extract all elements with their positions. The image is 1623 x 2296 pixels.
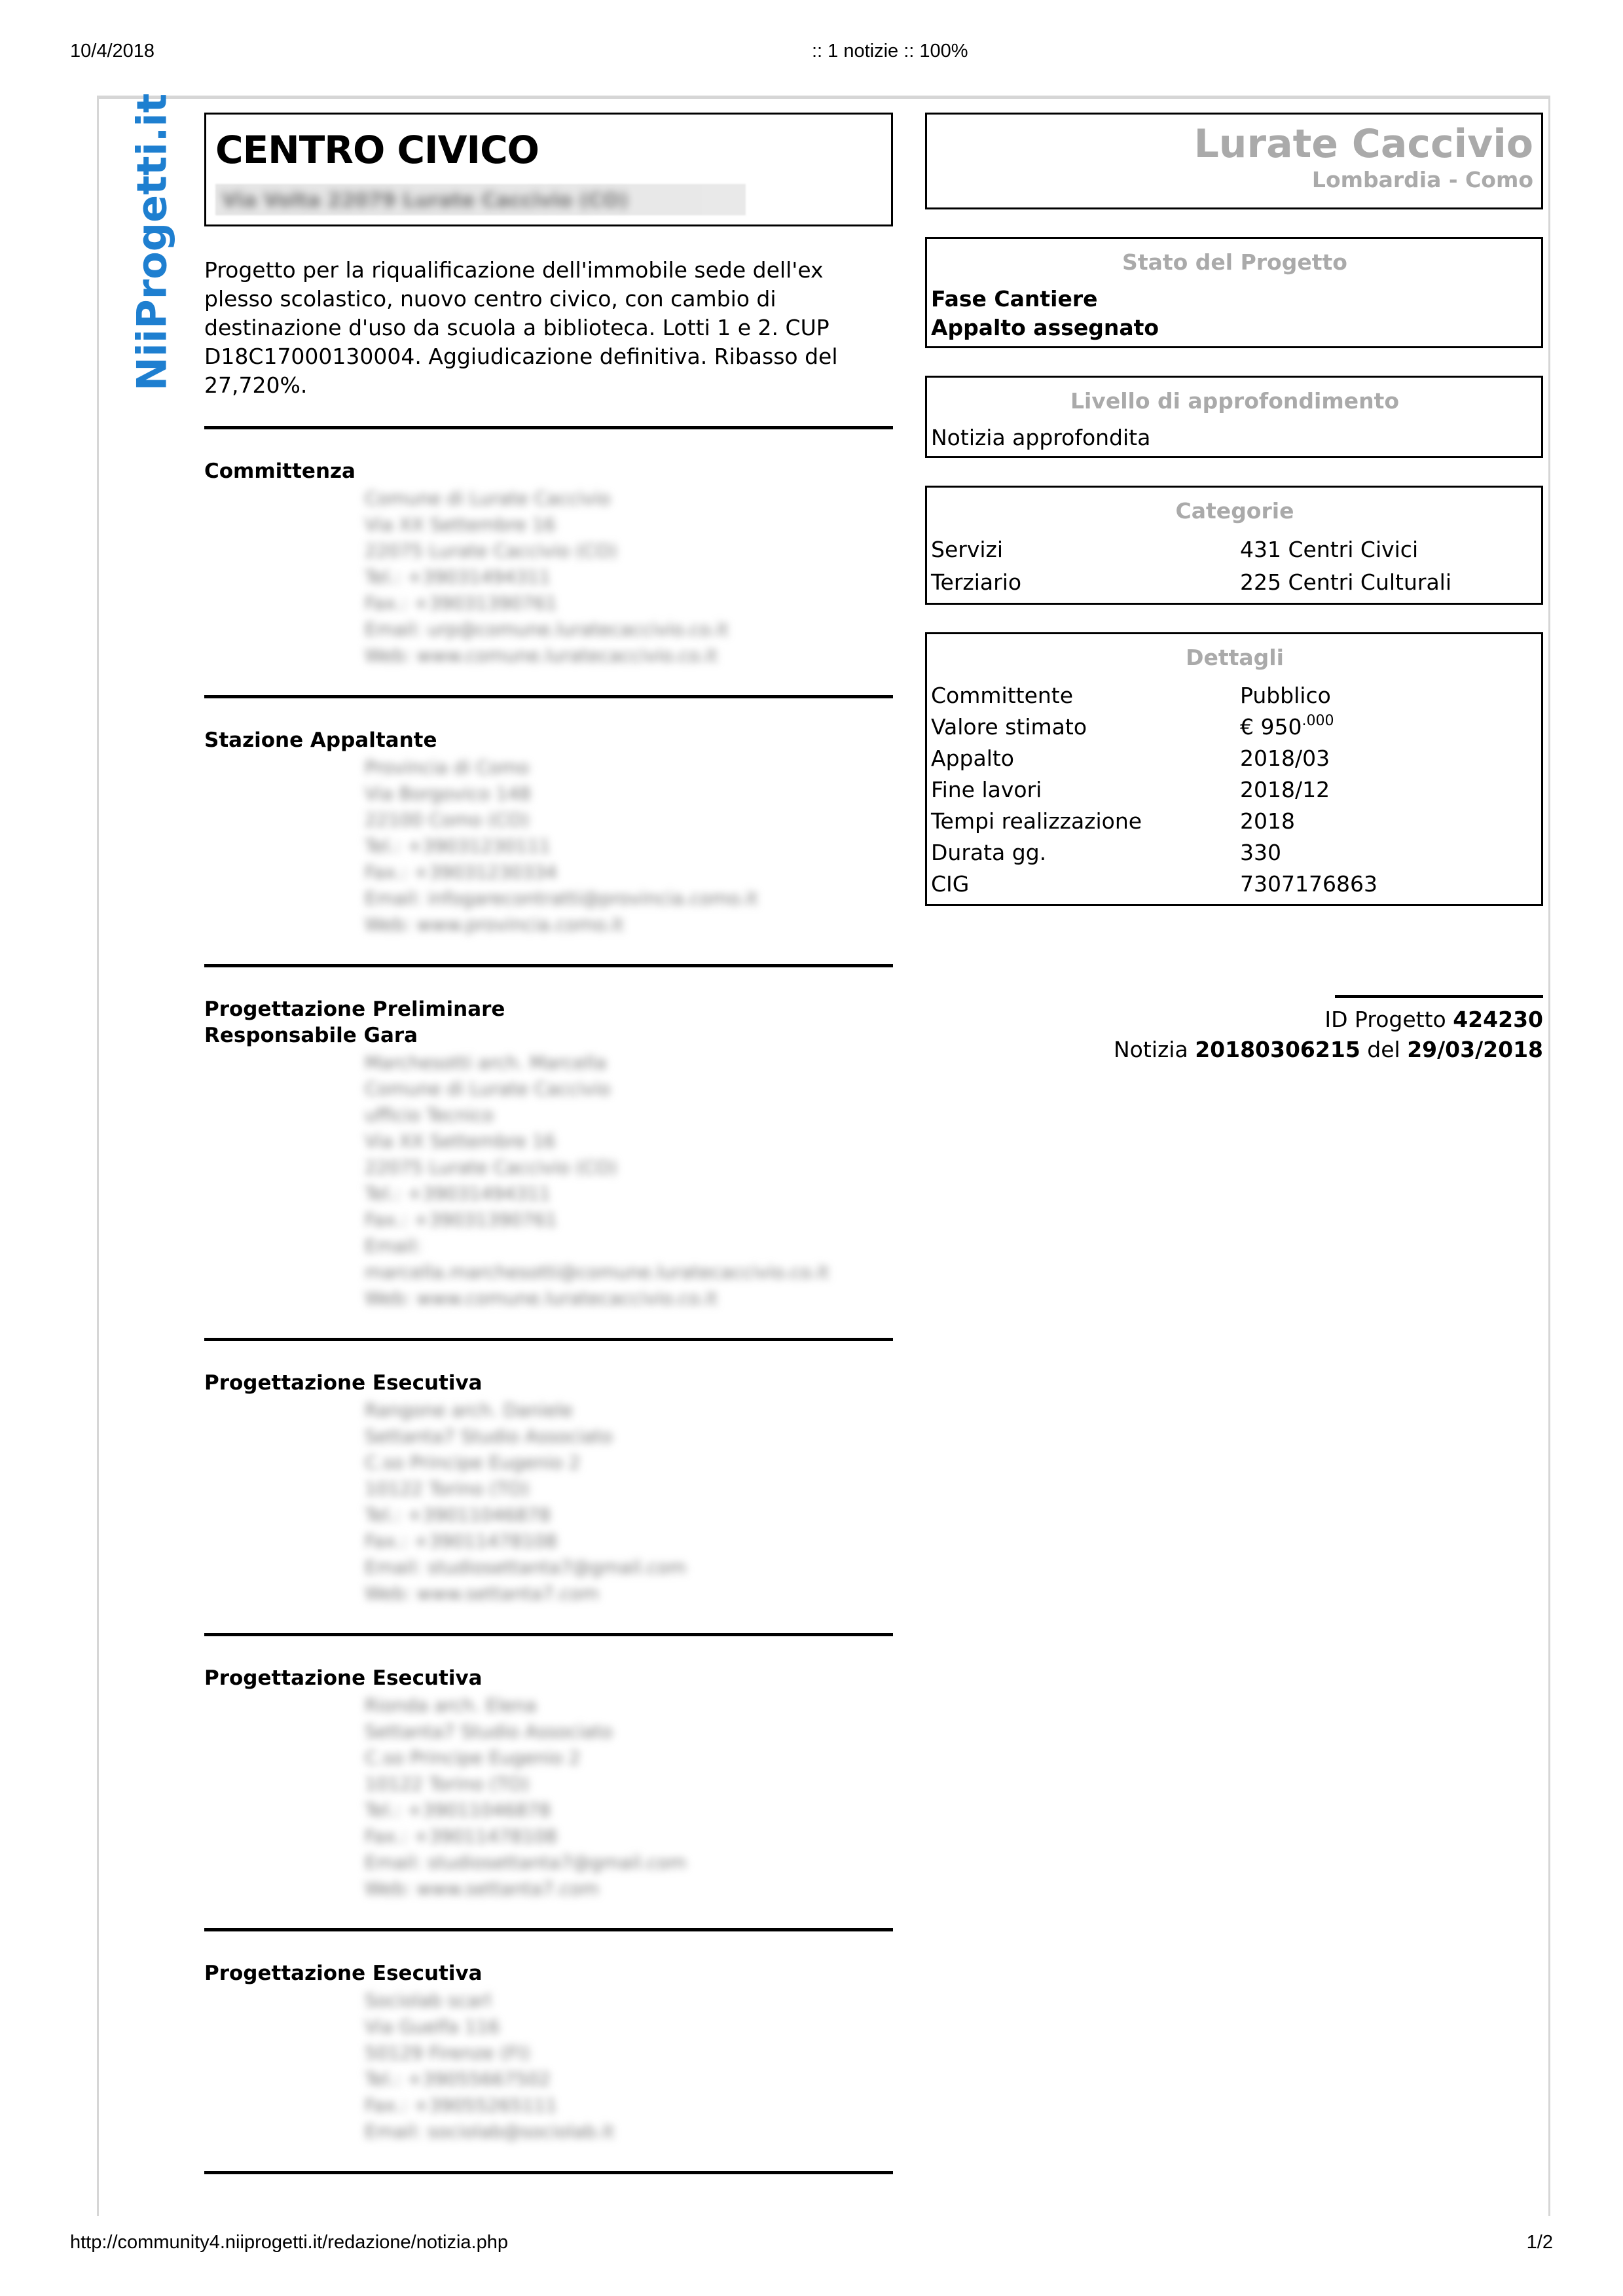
- project-address: Via Volta 22079 Lurate Caccivio (CO): [222, 189, 629, 212]
- detail-row: Valore stimato€ 950.000: [931, 711, 1539, 743]
- detail-row: Appalto2018/03: [931, 743, 1539, 774]
- detail-row: Fine lavori2018/12: [931, 774, 1539, 806]
- status-value: Appalto assegnato: [931, 314, 1539, 342]
- detail-key: Valore stimato: [931, 711, 1240, 743]
- contact-line: Fax.: +39031230334: [365, 859, 893, 886]
- detail-value-text: 2018/03: [1240, 745, 1330, 771]
- contact-line: Tel.: +39011046878: [365, 1797, 893, 1823]
- detail-value: 7307176863: [1240, 869, 1539, 900]
- contact-section: Progettazione PreliminareResponsabile Ga…: [204, 964, 893, 1312]
- project-status-box: Stato del Progetto Fase Cantiere Appalto…: [925, 237, 1543, 348]
- print-title: :: 1 notizie :: 100%: [812, 41, 968, 62]
- detail-value-text: 2018: [1240, 808, 1295, 834]
- contact-details-redacted: Sociolab scarlVia Guelfa 11650129 Firenz…: [365, 1988, 893, 2145]
- contact-details-redacted: Rangone arch. DanieleSettanta7 Studio As…: [365, 1397, 893, 1607]
- contact-line: Settanta7 Studio Associato: [365, 1424, 893, 1450]
- detail-value-text: € 950: [1240, 714, 1302, 740]
- contact-line: Via XX Settembre 16: [365, 512, 893, 538]
- contact-line: Email: studiosettanta7@gmail.com: [365, 1554, 893, 1581]
- contact-line: 22100 Como (CO): [365, 807, 893, 833]
- detail-level-value: Notizia approfondita: [931, 423, 1539, 452]
- location-region: Lombardia - Como: [927, 166, 1533, 194]
- contact-line: 10122 Torino (TO): [365, 1476, 893, 1502]
- detail-value-text: 7307176863: [1240, 871, 1377, 897]
- project-id-value: 424230: [1453, 1007, 1543, 1032]
- category-row: Terziario225 Centri Culturali: [931, 566, 1539, 599]
- contact-role: Progettazione Esecutiva: [204, 1960, 893, 1986]
- detail-row: Durata gg.330: [931, 837, 1539, 869]
- contact-role: Progettazione Esecutiva: [204, 1665, 893, 1691]
- contact-line: Email:: [365, 1233, 893, 1259]
- details-title: Dettagli: [931, 643, 1539, 672]
- categories-title: Categorie: [931, 497, 1539, 526]
- detail-value-text: Pubblico: [1240, 683, 1331, 708]
- contact-line: Email: studiosettanta7@gmail.com: [365, 1850, 893, 1876]
- contact-line: Provincia di Como: [365, 755, 893, 781]
- contact-line: Web: www.provincia.como.it: [365, 912, 893, 938]
- detail-key: Committente: [931, 680, 1240, 711]
- detail-value-decimals: .000: [1302, 713, 1334, 729]
- status-box-title: Stato del Progetto: [931, 248, 1539, 277]
- contact-line: 10122 Torino (TO): [365, 1771, 893, 1797]
- page-url: http://community4.niiprogetti.it/redazio…: [70, 2232, 508, 2253]
- contact-line: Fax.: +39055265111: [365, 2092, 893, 2119]
- detail-key: Appalto: [931, 743, 1240, 774]
- print-footer: http://community4.niiprogetti.it/redazio…: [0, 2232, 1623, 2258]
- contact-role-secondary: Responsabile Gara: [204, 1022, 893, 1049]
- divider: [204, 2171, 893, 2174]
- contact-line: Sociolab scarl: [365, 1988, 893, 2014]
- contact-details-redacted: Rionda arch. ElenaSettanta7 Studio Assoc…: [365, 1693, 893, 1902]
- contact-details-redacted: Marchesotti arch. MarcellaComune di Lura…: [365, 1050, 893, 1312]
- categories-box: Categorie Servizi431 Centri CiviciTerzia…: [925, 486, 1543, 605]
- detail-key: CIG: [931, 869, 1240, 900]
- category-value: 225 Centri Culturali: [1240, 566, 1539, 599]
- contact-line: Via Borgovico 148: [365, 781, 893, 807]
- contact-line: Settanta7 Studio Associato: [365, 1719, 893, 1745]
- project-id-line: ID Progetto 424230: [1114, 1005, 1543, 1035]
- location-city: Lurate Caccivio: [927, 122, 1533, 166]
- category-sector: Terziario: [931, 566, 1240, 599]
- contact-role: Progettazione Preliminare: [204, 996, 893, 1022]
- category-sector: Servizi: [931, 533, 1240, 566]
- notizia-line: Notizia 20180306215 del 29/03/2018: [1114, 1035, 1543, 1065]
- contact-details-redacted: Provincia di ComoVia Borgovico 14822100 …: [365, 755, 893, 938]
- detail-value: 2018/03: [1240, 743, 1539, 774]
- left-column: CENTRO CIVICO Via Volta 22079 Lurate Cac…: [204, 113, 893, 2174]
- detail-row: CIG7307176863: [931, 869, 1539, 900]
- contact-line: C.so Principe Eugenio 2: [365, 1450, 893, 1476]
- detail-key: Durata gg.: [931, 837, 1240, 869]
- detail-value-text: 2018/12: [1240, 777, 1330, 802]
- contact-line: Via XX Settembre 16: [365, 1128, 893, 1155]
- print-header: 10/4/2018 :: 1 notizie :: 100%: [0, 41, 1623, 67]
- contact-line: Fax.: +39031390761: [365, 590, 893, 617]
- details-rows: CommittentePubblicoValore stimato€ 950.0…: [931, 680, 1539, 900]
- contact-line: Tel.: +39031494311: [365, 1181, 893, 1207]
- contacts-list: CommittenzaComune di Lurate CaccivioVia …: [204, 426, 893, 2145]
- detail-key: Tempi realizzazione: [931, 806, 1240, 837]
- notizia-value: 20180306215: [1195, 1037, 1360, 1062]
- project-address-redacted: Via Volta 22079 Lurate Caccivio (CO): [215, 184, 746, 215]
- contact-line: Comune di Lurate Caccivio: [365, 1076, 893, 1102]
- contact-line: Fax.: +39011478108: [365, 1823, 893, 1850]
- contact-line: Email: infogarecontratti@provincia.como.…: [365, 886, 893, 912]
- detail-value: 330: [1240, 837, 1539, 869]
- detail-value: 2018/12: [1240, 774, 1539, 806]
- contact-section: Progettazione EsecutivaRionda arch. Elen…: [204, 1633, 893, 1902]
- contact-role: Stazione Appaltante: [204, 727, 893, 753]
- contact-line: Rangone arch. Daniele: [365, 1397, 893, 1424]
- detail-value: 2018: [1240, 806, 1539, 837]
- divider: [1335, 995, 1543, 998]
- contact-details-redacted: Comune di Lurate CaccivioVia XX Settembr…: [365, 486, 893, 669]
- logo-text: NiiProgetti.it: [128, 94, 176, 391]
- status-phase: Fase Cantiere: [931, 285, 1539, 314]
- contact-role: Committenza: [204, 458, 893, 484]
- contact-line: Web: www.settanta7.com: [365, 1581, 893, 1607]
- detail-row: Tempi realizzazione2018: [931, 806, 1539, 837]
- contact-line: Comune di Lurate Caccivio: [365, 486, 893, 512]
- del-label: del: [1367, 1037, 1400, 1062]
- contact-line: ufficio Tecnico: [365, 1102, 893, 1128]
- detail-level-box: Livello di approfondimento Notizia appro…: [925, 376, 1543, 458]
- contact-line: Rionda arch. Elena: [365, 1693, 893, 1719]
- detail-value: € 950.000: [1240, 711, 1539, 743]
- contact-line: Marchesotti arch. Marcella: [365, 1050, 893, 1076]
- contact-line: Web: www.comune.luratecaccivio.co.it: [365, 1285, 893, 1312]
- project-title-box: CENTRO CIVICO Via Volta 22079 Lurate Cac…: [204, 113, 893, 226]
- contact-line: Tel.: +39031230111: [365, 833, 893, 859]
- print-date: 10/4/2018: [70, 41, 155, 62]
- detail-level-title: Livello di approfondimento: [931, 387, 1539, 416]
- project-title: CENTRO CIVICO: [215, 124, 882, 176]
- category-value: 431 Centri Civici: [1240, 533, 1539, 566]
- detail-value-text: 330: [1240, 840, 1281, 865]
- contact-line: Email: sociolab@sociolab.it: [365, 2119, 893, 2145]
- niiprogetti-logo: NiiProgetti.it: [129, 118, 175, 367]
- contact-section: Progettazione EsecutivaSociolab scarlVia…: [204, 1928, 893, 2145]
- notizia-label: Notizia: [1114, 1037, 1188, 1062]
- contact-line: Tel.: +39055667502: [365, 2066, 893, 2092]
- contact-line: Tel.: +39031494311: [365, 564, 893, 590]
- contact-line: 50129 Firenze (FI): [365, 2040, 893, 2066]
- contact-line: Via Guelfa 116: [365, 2014, 893, 2040]
- category-row: Servizi431 Centri Civici: [931, 533, 1539, 566]
- detail-key: Fine lavori: [931, 774, 1240, 806]
- contact-section: Stazione AppaltanteProvincia di ComoVia …: [204, 695, 893, 938]
- project-id-label: ID Progetto: [1324, 1007, 1446, 1032]
- right-column: Lurate Caccivio Lombardia - Como Stato d…: [925, 113, 1543, 906]
- contact-line: 22075 Lurate Caccivio (CO): [365, 538, 893, 564]
- project-identifiers: ID Progetto 424230 Notizia 20180306215 d…: [1114, 995, 1543, 1065]
- contact-line: Tel.: +39011046878: [365, 1502, 893, 1528]
- location-box: Lurate Caccivio Lombardia - Como: [925, 113, 1543, 209]
- detail-value: Pubblico: [1240, 680, 1539, 711]
- contact-line: marcella.marchesotti@comune.luratecacciv…: [365, 1259, 893, 1285]
- contact-section: CommittenzaComune di Lurate CaccivioVia …: [204, 426, 893, 669]
- contact-section: Progettazione EsecutivaRangone arch. Dan…: [204, 1338, 893, 1607]
- contact-line: Fax.: +39011478108: [365, 1528, 893, 1554]
- notizia-date: 29/03/2018: [1407, 1037, 1543, 1062]
- detail-row: CommittentePubblico: [931, 680, 1539, 711]
- contact-line: Fax.: +39031390761: [365, 1207, 893, 1233]
- details-box: Dettagli CommittentePubblicoValore stima…: [925, 632, 1543, 906]
- contact-line: Web: www.settanta7.com: [365, 1876, 893, 1902]
- contact-line: C.so Principe Eugenio 2: [365, 1745, 893, 1771]
- contact-line: 22075 Lurate Caccivio (CO): [365, 1155, 893, 1181]
- categories-rows: Servizi431 Centri CiviciTerziario225 Cen…: [931, 533, 1539, 599]
- project-description: Progetto per la riqualificazione dell'im…: [204, 256, 893, 400]
- contact-line: Email: urp@comune.luratecaccivio.co.it: [365, 617, 893, 643]
- contact-line: Web: www.comune.luratecaccivio.co.it: [365, 643, 893, 669]
- page-number: 1/2: [1527, 2232, 1553, 2253]
- contact-role: Progettazione Esecutiva: [204, 1370, 893, 1396]
